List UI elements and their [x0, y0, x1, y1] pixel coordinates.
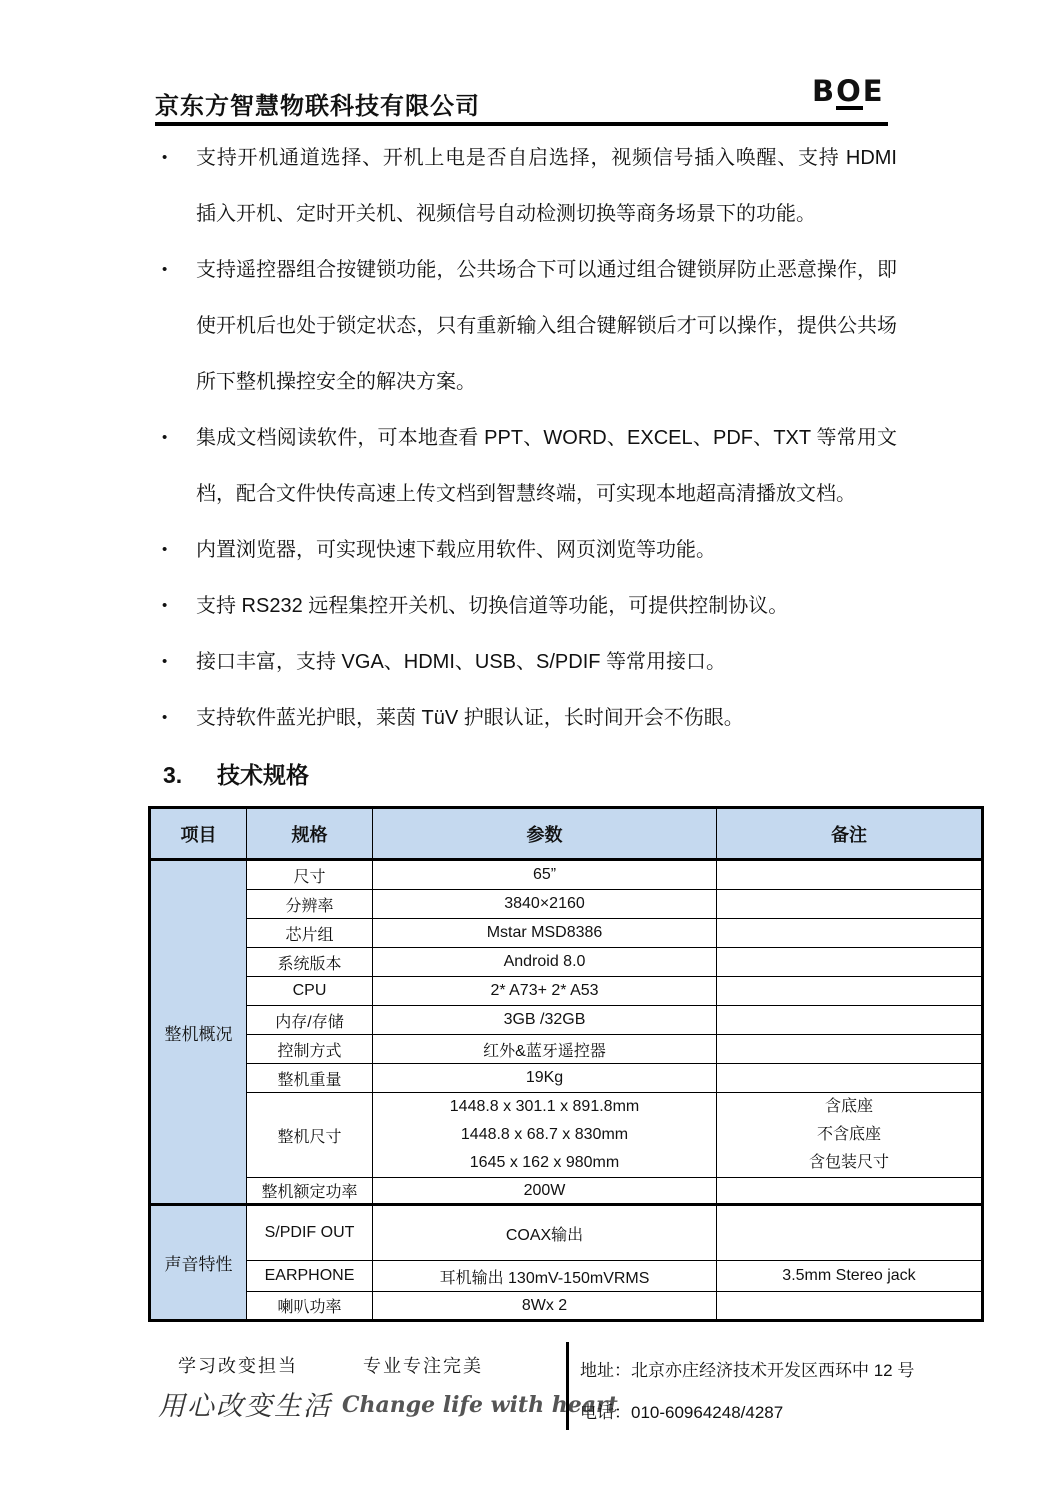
note-cell	[717, 1292, 983, 1321]
note-cell: 3.5mm Stereo jack	[717, 1261, 983, 1292]
col-header-item: 项目	[150, 808, 247, 860]
note-line: 不含底座	[717, 1121, 981, 1149]
param-cell: 红外&蓝牙遥控器	[373, 1035, 717, 1064]
bullet-icon: •	[162, 690, 167, 746]
bullet-icon: •	[162, 130, 167, 186]
group-cell-audio: 声音特性	[150, 1205, 247, 1321]
feature-text: 接口丰富，支持 VGA、HDMI、USB、S/PDIF 等常用接口。	[196, 651, 726, 673]
table-row: 喇叭功率 8Wx 2	[150, 1292, 983, 1321]
feature-item: • 支持开机通道选择、开机上电是否自启选择，视频信号插入唤醒、支持 HDMI 插…	[160, 130, 897, 242]
company-name: 京东方智慧物联科技有限公司	[155, 86, 480, 121]
param-cell: 耳机输出 130mV-150mVRMS	[373, 1261, 717, 1292]
param-cell: 2* A73+ 2* A53	[373, 977, 717, 1006]
note-cell	[717, 1006, 983, 1035]
table-row: 系统版本 Android 8.0	[150, 948, 983, 977]
footer-script-chinese: 用心改变生活	[158, 1384, 332, 1423]
feature-item: • 接口丰富，支持 VGA、HDMI、USB、S/PDIF 等常用接口。	[160, 634, 897, 690]
feature-item: • 集成文档阅读软件，可本地查看 PPT、WORD、EXCEL、PDF、TXT …	[160, 410, 897, 522]
spec-cell: 喇叭功率	[247, 1292, 373, 1321]
dimension-line: 1448.8 x 301.1 x 891.8mm	[373, 1093, 716, 1121]
spec-table: 项目 规格 参数 备注 整机概况 尺寸 65” 分辨率 3840×2160 芯片…	[148, 806, 984, 1322]
note-line: 含包装尺寸	[717, 1149, 981, 1177]
feature-item: • 支持软件蓝光护眼，莱茵 TüV 护眼认证，长时间开会不伤眼。	[160, 690, 897, 746]
section-number: 3.	[163, 762, 217, 789]
param-cell: 19Kg	[373, 1064, 717, 1093]
section-title: 技术规格	[217, 762, 309, 788]
feature-text: 支持软件蓝光护眼，莱茵 TüV 护眼认证，长时间开会不伤眼。	[196, 707, 744, 729]
spec-cell: EARPHONE	[247, 1261, 373, 1292]
boe-logo-icon: BOE	[812, 74, 885, 110]
group-cell-overview: 整机概况	[150, 860, 247, 1205]
logo-letter-e: E	[863, 74, 885, 108]
note-cell	[717, 1064, 983, 1093]
param-cell: 3840×2160	[373, 890, 717, 919]
logo-letter-b: B	[812, 74, 836, 108]
footer-phone: 电话：010-60964248/4287	[580, 1398, 783, 1423]
col-header-spec: 规格	[247, 808, 373, 860]
footer-divider	[566, 1342, 569, 1430]
spec-cell: S/PDIF OUT	[247, 1205, 373, 1261]
feature-text: 支持开机通道选择、开机上电是否自启选择，视频信号插入唤醒、支持 HDMI 插入开…	[196, 147, 897, 225]
table-row: 控制方式 红外&蓝牙遥控器	[150, 1035, 983, 1064]
table-row: 整机概况 尺寸 65”	[150, 860, 983, 890]
param-cell: 200W	[373, 1178, 717, 1205]
document-page: 京东方智慧物联科技有限公司 BOE • 支持开机通道选择、开机上电是否自启选择，…	[0, 0, 1042, 1509]
col-header-note: 备注	[717, 808, 983, 860]
spec-cell: CPU	[247, 977, 373, 1006]
feature-item: • 内置浏览器，可实现快速下载应用软件、网页浏览等功能。	[160, 522, 897, 578]
param-cell: 8Wx 2	[373, 1292, 717, 1321]
param-cell: 1448.8 x 301.1 x 891.8mm 1448.8 x 68.7 x…	[373, 1093, 717, 1178]
table-header-row: 项目 规格 参数 备注	[150, 808, 983, 860]
bullet-icon: •	[162, 242, 167, 298]
bullet-icon: •	[162, 522, 167, 578]
table-row: 芯片组 Mstar MSD8386	[150, 919, 983, 948]
note-cell	[717, 890, 983, 919]
param-cell: Mstar MSD8386	[373, 919, 717, 948]
spec-cell: 系统版本	[247, 948, 373, 977]
feature-text: 支持 RS232 远程集控开关机、切换信道等功能，可提供控制协议。	[196, 595, 788, 617]
header-rule	[155, 122, 888, 126]
spec-cell: 尺寸	[247, 860, 373, 890]
table-row: CPU 2* A73+ 2* A53	[150, 977, 983, 1006]
feature-item: • 支持 RS232 远程集控开关机、切换信道等功能，可提供控制协议。	[160, 578, 897, 634]
footer-slogan-2: 专业专注完美	[363, 1352, 483, 1378]
spec-cell: 芯片组	[247, 919, 373, 948]
spec-cell: 控制方式	[247, 1035, 373, 1064]
param-cell: COAX输出	[373, 1205, 717, 1261]
section-heading: 3.技术规格	[163, 757, 309, 790]
dimension-line: 1448.8 x 68.7 x 830mm	[373, 1121, 716, 1149]
note-cell	[717, 919, 983, 948]
table-row: 整机额定功率 200W	[150, 1178, 983, 1205]
table-row: 整机重量 19Kg	[150, 1064, 983, 1093]
note-cell	[717, 1178, 983, 1205]
dimension-line: 1645 x 162 x 980mm	[373, 1149, 716, 1177]
table-row: 整机尺寸 1448.8 x 301.1 x 891.8mm 1448.8 x 6…	[150, 1093, 983, 1178]
note-line: 含底座	[717, 1093, 981, 1121]
feature-text: 支持遥控器组合按键锁功能，公共场合下可以通过组合键锁屏防止恶意操作，即使开机后也…	[196, 259, 897, 393]
bullet-icon: •	[162, 410, 167, 466]
logo-letter-o: O	[836, 76, 863, 110]
spec-cell: 内存/存储	[247, 1006, 373, 1035]
footer-slogan-1: 学习改变担当	[178, 1352, 298, 1378]
table-row: 内存/存储 3GB /32GB	[150, 1006, 983, 1035]
spec-cell: 整机尺寸	[247, 1093, 373, 1178]
table-row: EARPHONE 耳机输出 130mV-150mVRMS 3.5mm Stere…	[150, 1261, 983, 1292]
feature-text: 内置浏览器，可实现快速下载应用软件、网页浏览等功能。	[196, 539, 716, 561]
param-cell: 65”	[373, 860, 717, 890]
spec-cell: 整机额定功率	[247, 1178, 373, 1205]
note-cell	[717, 1205, 983, 1261]
feature-item: • 支持遥控器组合按键锁功能，公共场合下可以通过组合键锁屏防止恶意操作，即使开机…	[160, 242, 897, 410]
param-cell: Android 8.0	[373, 948, 717, 977]
feature-text: 集成文档阅读软件，可本地查看 PPT、WORD、EXCEL、PDF、TXT 等常…	[196, 427, 897, 505]
note-cell	[717, 977, 983, 1006]
param-cell: 3GB /32GB	[373, 1006, 717, 1035]
feature-list: • 支持开机通道选择、开机上电是否自启选择，视频信号插入唤醒、支持 HDMI 插…	[160, 130, 897, 746]
col-header-param: 参数	[373, 808, 717, 860]
table-row: 分辨率 3840×2160	[150, 890, 983, 919]
note-cell: 含底座 不含底座 含包装尺寸	[717, 1093, 983, 1178]
footer-script-english: Change life with heart	[342, 1392, 618, 1418]
spec-cell: 整机重量	[247, 1064, 373, 1093]
bullet-icon: •	[162, 634, 167, 690]
bullet-icon: •	[162, 578, 167, 634]
spec-cell: 分辨率	[247, 890, 373, 919]
table-row: 声音特性 S/PDIF OUT COAX输出	[150, 1205, 983, 1261]
note-cell	[717, 948, 983, 977]
note-cell	[717, 1035, 983, 1064]
note-cell	[717, 860, 983, 890]
footer-address: 地址：北京亦庄经济技术开发区西环中 12 号	[580, 1356, 914, 1381]
